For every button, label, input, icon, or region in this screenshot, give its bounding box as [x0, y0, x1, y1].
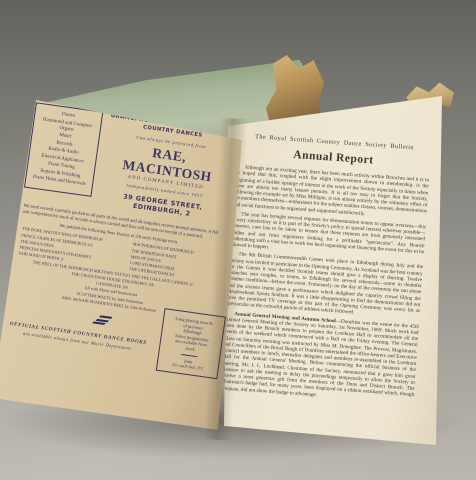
divider-rule	[181, 354, 197, 357]
services-list-box: Pianos Hammond and Compton Organs Music …	[24, 102, 103, 196]
agm-section-body: —Dumfries was the venue for the 45th Ann…	[220, 316, 419, 398]
right-page-content: The Royal Scottish Country Dance Society…	[220, 132, 432, 408]
report-paragraph-agm: Annual General Meeting and Autumn School…	[220, 310, 419, 405]
lp-records-box: Long playing records of previous Edinbur…	[156, 308, 226, 379]
left-page: Pianos Hammond and Compton Organs Music …	[0, 92, 252, 437]
photo-of-open-booklet: The Royal Scottish Country Dance Society…	[0, 0, 476, 480]
dance-books-note: OFFICIAL SCOTTISH COUNTRY DANCE BOOKS ar…	[2, 319, 154, 353]
left-page-content: Pianos Hammond and Compton Organs Music …	[2, 102, 237, 361]
right-page: The Royal Scottish Country Dance Society…	[222, 88, 450, 452]
printer-ornament-icon	[90, 314, 115, 328]
report-paragraph: The 9th British Commonwealth Games took …	[226, 251, 423, 321]
